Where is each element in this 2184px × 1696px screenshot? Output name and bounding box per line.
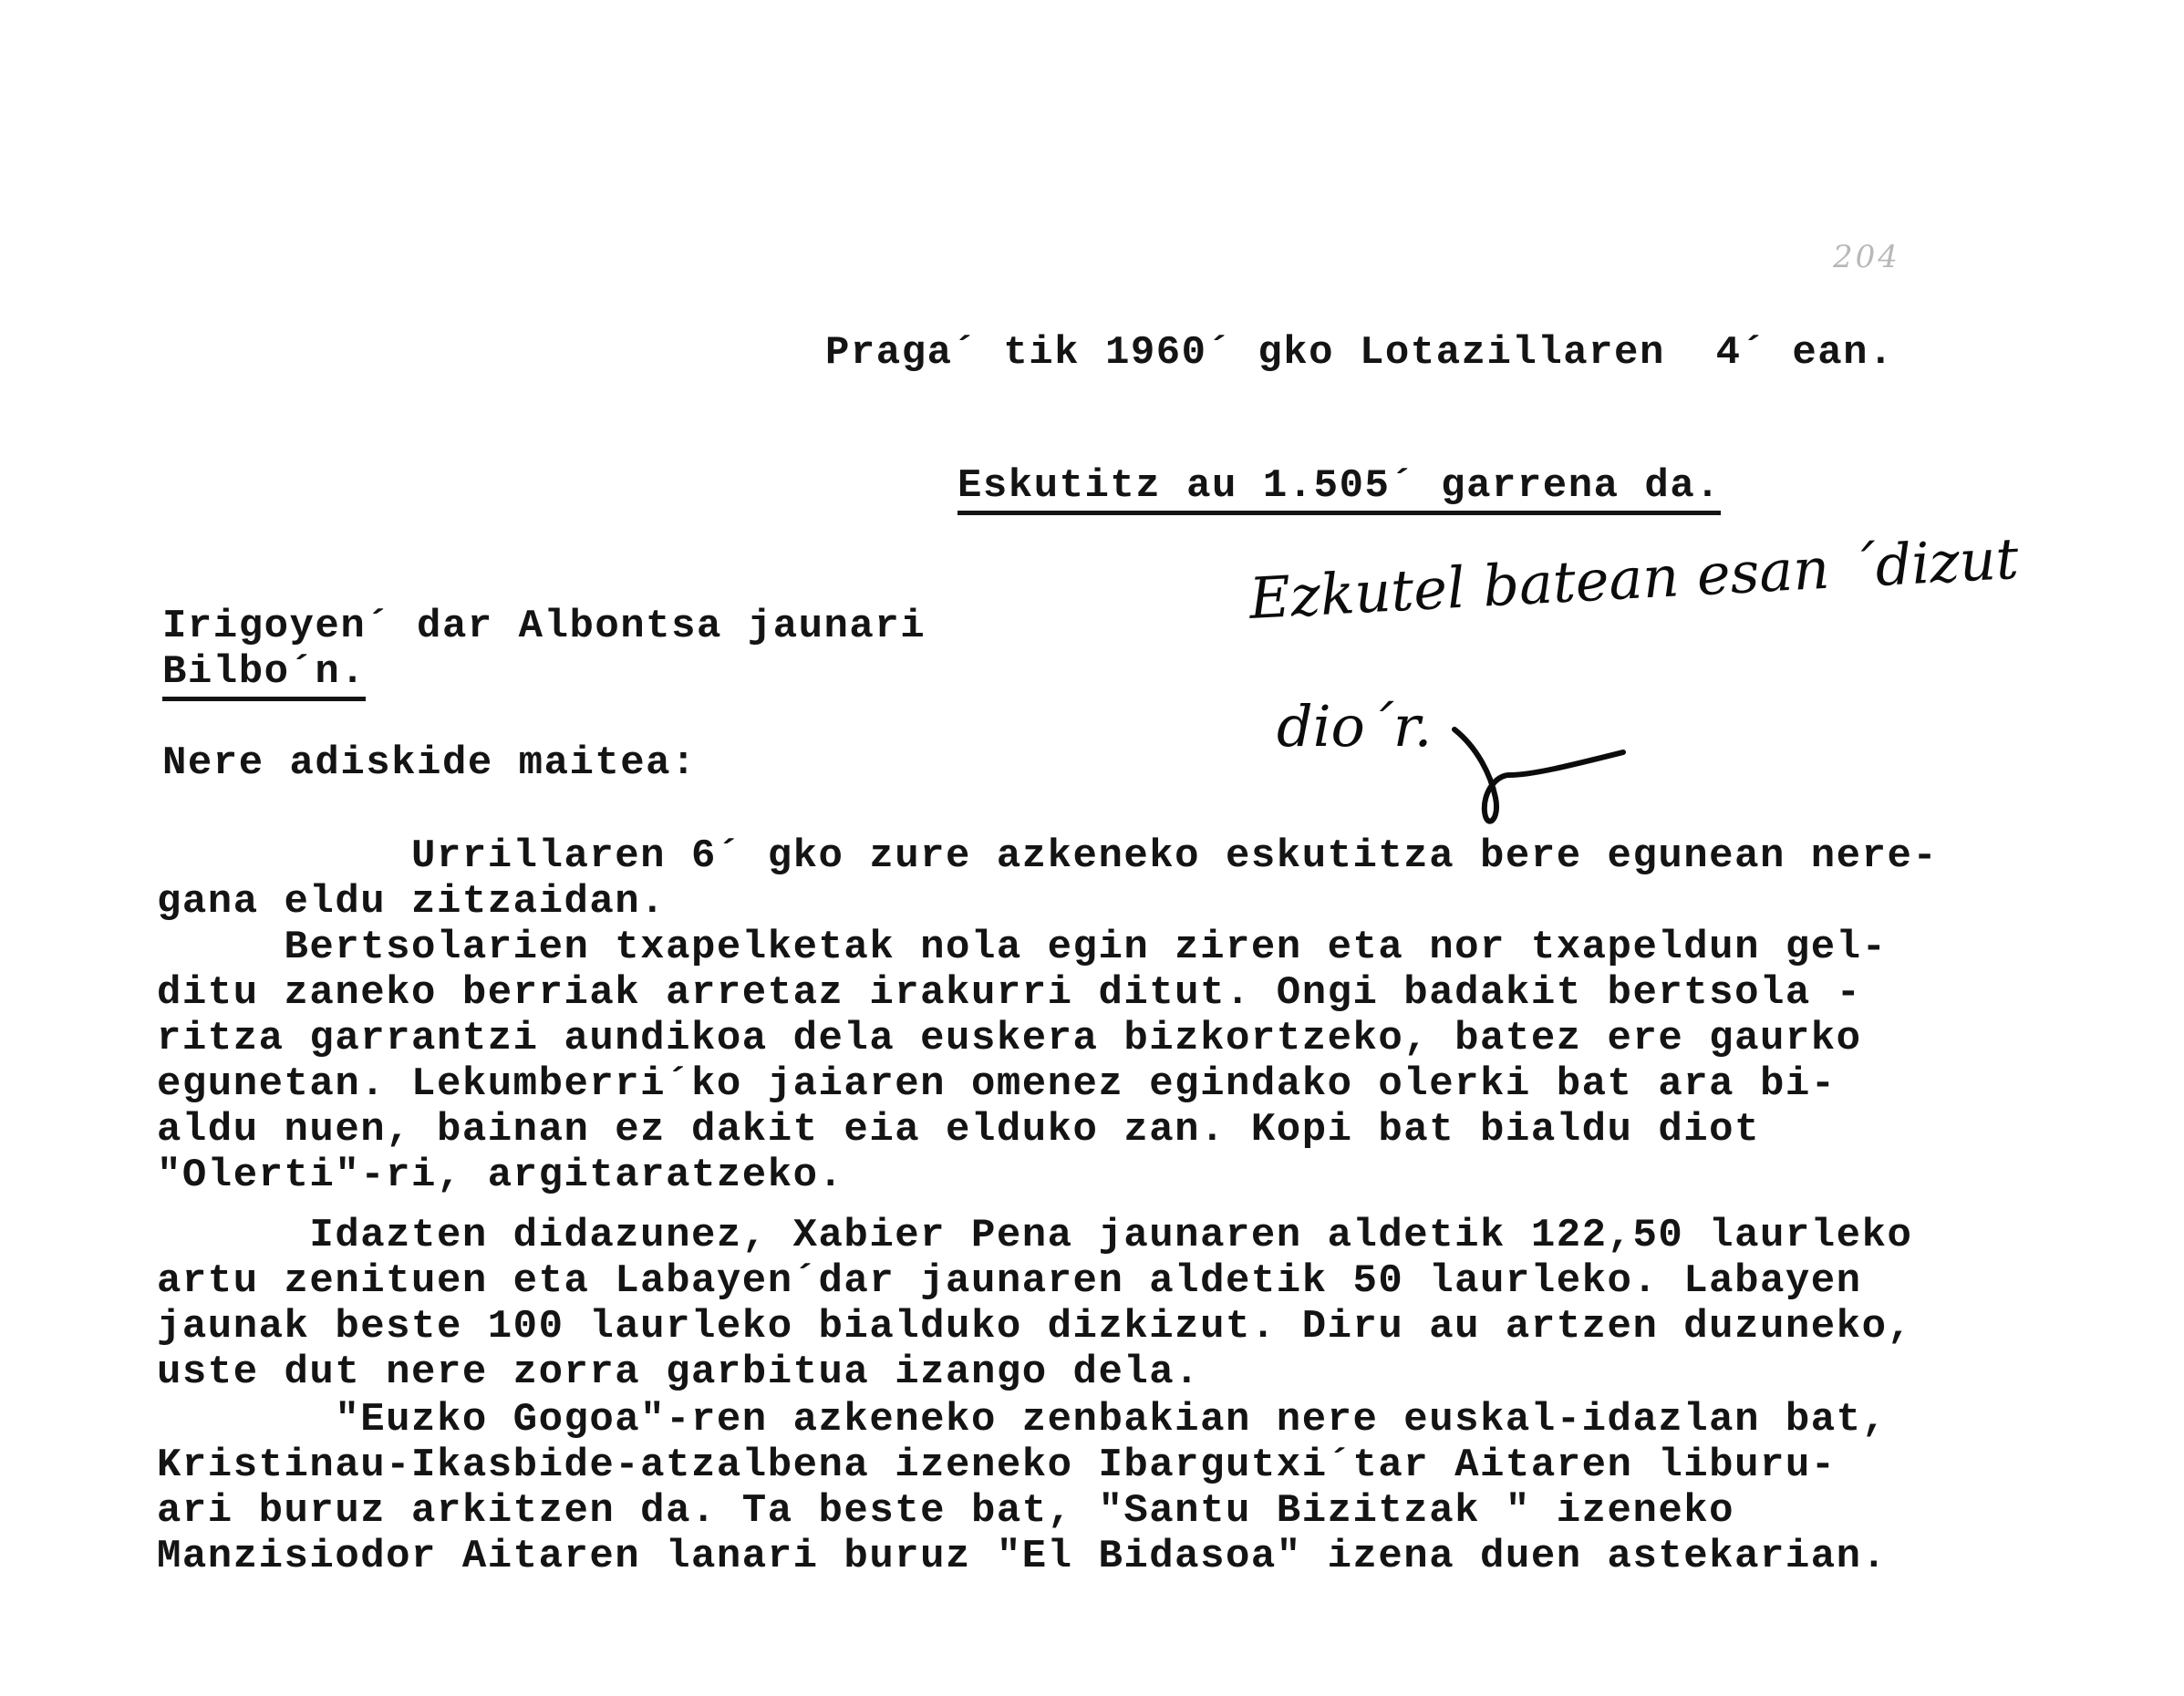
body-line: Idazten didazunez, Xabier Pena jaunaren …: [157, 1213, 1912, 1258]
body-line: Bertsolarien txapelketak nola egin ziren…: [157, 925, 1888, 970]
body-line: aldu nuen, bainan ez dakit eia elduko za…: [157, 1107, 1760, 1153]
signature-icon: [1450, 711, 1632, 830]
body-line: Urrillaren 6´ gko zure azkeneko eskutitz…: [157, 833, 1938, 879]
dateline: Praga´ tik 1960´ gko Lotazillaren 4´ ean…: [825, 330, 1894, 376]
letter-page: 204 Praga´ tik 1960´ gko Lotazillaren 4´…: [0, 0, 2184, 1696]
body-line: jaunak beste 100 laurleko bialduko dizki…: [157, 1304, 1912, 1350]
body-line: Manzisiodor Aitaren lanari buruz "El Bid…: [157, 1534, 1888, 1579]
body-line: ritza garrantzi aundikoa dela euskera bi…: [157, 1016, 1862, 1061]
body-line: Kristinau-Ikasbide-atzalbena izeneko Iba…: [157, 1443, 1837, 1488]
letter-number: Eskutitz au 1.505´ garrena da.: [957, 463, 1721, 515]
salutation: Nere adiskide maitea:: [162, 740, 697, 786]
handwritten-note: Ezkutel batean esan ´dizut dio´r.: [1249, 547, 1961, 839]
body-line: uste dut nere zorra garbitua izango dela…: [157, 1350, 1200, 1395]
body-line: egunetan. Lekumberri´ko jaiaren omenez e…: [157, 1061, 1837, 1107]
body-line: artu zenituen eta Labayen´dar jaunaren a…: [157, 1258, 1862, 1304]
handwritten-line-2: dio´r.: [1277, 693, 1432, 760]
handwritten-line-1: Ezkutel batean esan ´dizut: [1247, 525, 2020, 632]
body-line: ari buruz arkitzen da. Ta beste bat, "Sa…: [157, 1488, 1734, 1534]
page-number-mark: 204: [1833, 239, 1900, 275]
body-line: gana eldu zitzaidan.: [157, 879, 666, 925]
body-line: ditu zaneko berriak arretaz irakurri dit…: [157, 970, 1862, 1016]
body-line: "Euzko Gogoa"-ren azkeneko zenbakian ner…: [157, 1397, 1888, 1443]
recipient-name: Irigoyen´ dar Albontsa jaunari: [162, 604, 926, 649]
recipient-place: Bilbo´n.: [162, 649, 366, 701]
body-line: "Olerti"-ri, argitaratzeko.: [157, 1153, 844, 1198]
